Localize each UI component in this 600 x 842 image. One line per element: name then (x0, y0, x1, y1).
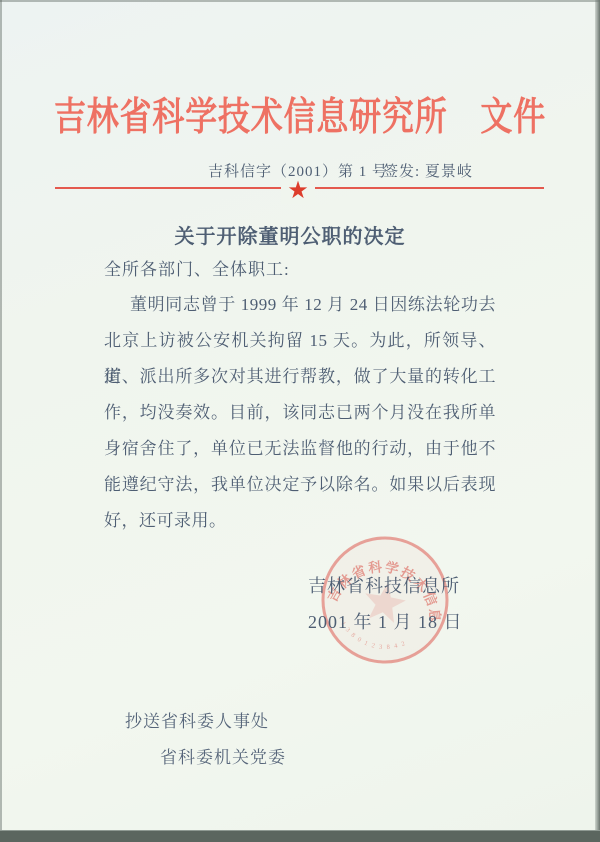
body-line: 能遵纪守法，我单位决定予以除名。如果以后表现 (104, 467, 496, 503)
body-line: 北京上访被公安机关拘留 15 天。为此，所领导、街 (104, 323, 496, 359)
signature-date: 2001 年 1 月 18 日 (308, 604, 463, 640)
body-line: 道、派出所多次对其进行帮教，做了大量的转化工 (104, 359, 496, 395)
scan-edge-top (0, 0, 600, 2)
cc-line: 省科委机关党委 (160, 740, 286, 776)
body-line: 作，均没奏效。目前，该同志已两个月没在我所单 (104, 395, 496, 431)
document-title: 关于开除董明公职的决定 (0, 220, 580, 249)
scan-edge-right (595, 0, 600, 842)
body-line: 身宿舍住了，单位已无法监督他的行动，由于他不 (104, 431, 496, 467)
scanned-document-page: 吉林省科学技术信息研究所 文件 吉科信字（2001）第 1 号 签发: 夏景岐 … (0, 0, 600, 842)
scan-edge-left (0, 0, 2, 842)
document-header-title: 吉林省科学技术信息研究所 文件 (54, 86, 546, 142)
cc-line: 抄送省科委人事处 (125, 704, 269, 740)
star-icon: ★ (281, 178, 315, 204)
salutation: 全所各部门、全体职工: (104, 252, 290, 288)
issuer-label: 签发: 夏景岐 (383, 160, 473, 181)
scan-edge-bottom (0, 830, 600, 842)
body-paragraph: 董明同志曾于 1999 年 12 月 24 日因练法轮功去 北京上访被公安机关拘… (104, 287, 496, 539)
body-line: 董明同志曾于 1999 年 12 月 24 日因练法轮功去 (104, 287, 496, 323)
signature-org: 吉林省科技信息所 (308, 568, 460, 604)
